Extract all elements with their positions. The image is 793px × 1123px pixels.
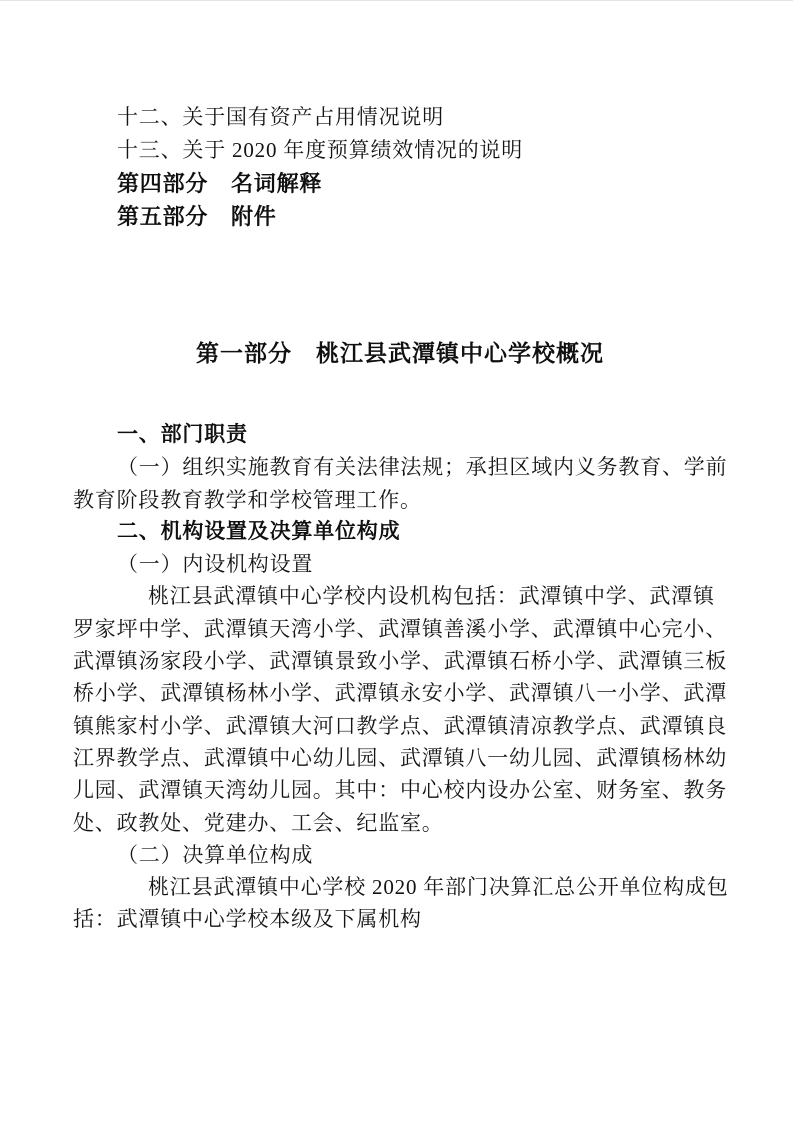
toc-section: 十二、关于国有资产占用情况说明 十三、关于 2020 年度预算绩效情况的说明 第… [73, 101, 727, 233]
body-line: 江界教学点、武潭镇中心幼儿园、武潭镇八一幼儿园、武潭镇杨林幼 [73, 742, 727, 774]
body-line: 儿园、武潭镇天湾幼儿园。其中：中心校内设办公室、财务室、教务 [73, 774, 727, 806]
subheading-unit-composition: （二）决算单位构成 [73, 839, 727, 871]
toc-line-part5: 第五部分 附件 [73, 200, 727, 233]
toc-line: 十三、关于 2020 年度预算绩效情况的说明 [73, 134, 727, 167]
subheading-internal-org: （一）内设机构设置 [73, 548, 727, 580]
body-line: 桃江县武潭镇中心学校内设机构包括：武潭镇中学、武潭镇 [73, 580, 727, 612]
body-line: （一）组织实施教育有关法律法规；承担区域内义务教育、学前 [73, 451, 727, 483]
chapter-title: 第一部分 桃江县武潭镇中心学校概况 [73, 336, 727, 370]
document-page: 十二、关于国有资产占用情况说明 十三、关于 2020 年度预算绩效情况的说明 第… [0, 0, 793, 1123]
body-line: 教育阶段教育教学和学校管理工作。 [73, 484, 727, 516]
heading-department-duties: 一、部门职责 [73, 419, 727, 451]
body-line: 武潭镇汤家段小学、武潭镇景致小学、武潭镇石桥小学、武潭镇三板 [73, 645, 727, 677]
body-line: 桥小学、武潭镇杨林小学、武潭镇永安小学、武潭镇八一小学、武潭 [73, 677, 727, 709]
body-line: 括：武潭镇中心学校本级及下属机构 [73, 903, 727, 935]
body-line: 处、政教处、党建办、工会、纪监室。 [73, 807, 727, 839]
body-line: 罗家坪中学、武潭镇天湾小学、武潭镇善溪小学、武潭镇中心完小、 [73, 613, 727, 645]
body-line: 镇熊家村小学、武潭镇大河口教学点、武潭镇清凉教学点、武潭镇良 [73, 710, 727, 742]
heading-org-structure: 二、机构设置及决算单位构成 [73, 516, 727, 548]
body-line: 桃江县武潭镇中心学校 2020 年部门决算汇总公开单位构成包 [73, 871, 727, 903]
body-text: 一、部门职责 （一）组织实施教育有关法律法规；承担区域内义务教育、学前 教育阶段… [73, 419, 727, 936]
toc-line-part4: 第四部分 名词解释 [73, 167, 727, 200]
toc-line: 十二、关于国有资产占用情况说明 [73, 101, 727, 134]
